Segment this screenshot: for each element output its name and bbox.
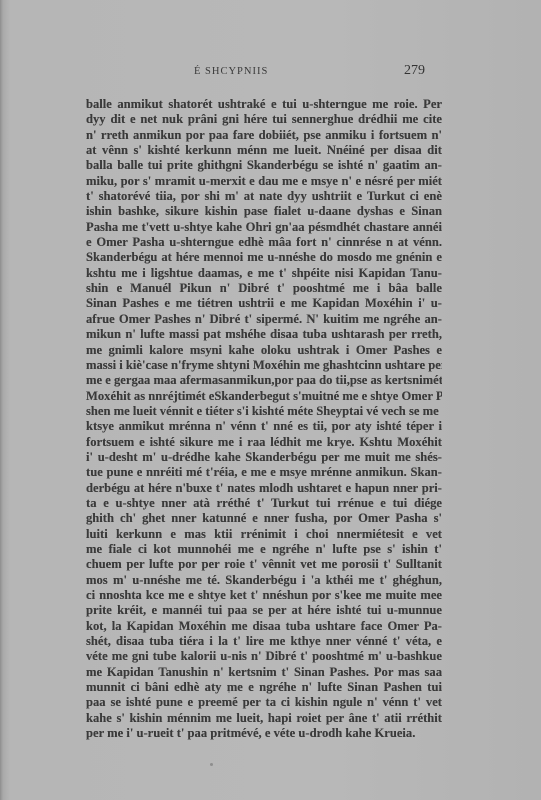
text-line: shin e Manuél Pikun n' Dibré t' pooshtmé… xyxy=(86,281,442,296)
text-line: Pasha me t'vett u-shtye kahe Ohri gn'aa … xyxy=(86,220,442,235)
text-line: kahe s' kishin ménnim me lueit, hapi roi… xyxy=(86,711,442,726)
text-line: ishin bashke, sikure kishin pase fialet … xyxy=(86,204,442,219)
text-line: mikun n' lufte massi pat mshéhe disaa tu… xyxy=(86,327,442,342)
text-line: t' shatorévé tiia, por shi m' at nate dy… xyxy=(86,189,442,204)
text-line: massi i kiè'case n'fryme shtyni Moxéhin … xyxy=(86,358,442,373)
text-line: me Kapidan Tanushin n' kertsnim t' Sinan… xyxy=(86,665,442,680)
text-line: n' rreth anmikun por paa fare dobiiét, p… xyxy=(86,128,442,143)
text-line: véte me gni tube kalorii u-nis n' Dibré … xyxy=(86,649,442,664)
text-line: Skanderbégu at hére mennoi me u-nnéshe d… xyxy=(86,250,442,265)
page-header: É SHCYPNIIS 279 xyxy=(0,66,541,84)
body-text: balle anmikut shatorét ushtraké e tui u-… xyxy=(86,97,442,741)
book-page: É SHCYPNIIS 279 balle anmikut shatorét u… xyxy=(0,0,541,800)
text-line: tue pune e nnréiti mé t'réia, e me e msy… xyxy=(86,465,442,480)
text-line: Sinan Pashes e me tiétren ushtrii e me K… xyxy=(86,296,442,311)
text-line: shét, disaa tuba tiéra i la t' lire me k… xyxy=(86,634,442,649)
paper-speck xyxy=(228,691,230,693)
text-line: paa se ishté pune e preemé per ta ci kis… xyxy=(86,695,442,710)
text-line: me fiale ci kot munnohéi me e ngréhe n' … xyxy=(86,542,442,557)
page-number: 279 xyxy=(404,63,425,79)
text-line: balle anmikut shatorét ushtraké e tui u-… xyxy=(86,97,442,112)
text-line: ci nnoshta kce me e shtye ket t' nnéshun… xyxy=(86,588,442,603)
text-line: shen me lueit vénnit e tiéter s'i kishté… xyxy=(86,404,442,419)
text-line: i' u-desht m' u-drédhe kahe Skanderbégu … xyxy=(86,450,442,465)
text-line: afrue Omer Pashes n' Dibré t' sipermé. N… xyxy=(86,312,442,327)
text-line: prite kréit, e mannéi tui paa se per at … xyxy=(86,603,442,618)
text-line: per me i' u-rueit t' paa pritmévé, e vét… xyxy=(86,726,442,741)
text-line: me e gergaa maa afermasanmikun,por paa d… xyxy=(86,373,442,388)
running-title: É SHCYPNIIS xyxy=(194,66,268,77)
text-line: ta e u-shtye nner atà rréthé t' Turkut t… xyxy=(86,496,442,511)
text-line: at vênn s' kishté kerkunn ménn me lueit.… xyxy=(86,143,442,158)
text-line: derbégu at hére n'buxe t' nates mlodh us… xyxy=(86,481,442,496)
text-line: dyy dit e net nuk prâni gni hére tui sen… xyxy=(86,112,442,127)
text-line: mos m' u-nnéshe me té. Skanderbégu i 'a … xyxy=(86,573,442,588)
text-line: luiti kerkunn e mas ktii rrénimit i choi… xyxy=(86,527,442,542)
text-line: ktsye anmikut mrénna n' vénn t' nné es t… xyxy=(86,419,442,434)
text-line: munnit ci bâni edhè aty me e ngréhe n' l… xyxy=(86,680,442,695)
text-line: miku, por s' mramit u-merxit e dau me e … xyxy=(86,174,442,189)
text-line: fortsuem e ishté sikure me i raa lédhit … xyxy=(86,435,442,450)
text-line: balla balle tui prite ghithgni Skanderbé… xyxy=(86,158,442,173)
text-line: kshtu me i ligshtue daamas, e me t' shpé… xyxy=(86,266,442,281)
text-line: e Omer Pasha u-shterngue edhè mâa fort n… xyxy=(86,235,442,250)
text-line: chuem per lufte por per roie t' vênnit v… xyxy=(86,557,442,572)
paper-speck xyxy=(210,763,213,766)
text-line: ghith ch' ghet nner katunné e nner fusha… xyxy=(86,511,442,526)
text-line: me gnimli kalore msyni kahe oloku ushtra… xyxy=(86,343,442,358)
paper-speck xyxy=(233,697,235,699)
text-line: kot, la Kapidan Moxéhin me disaa tuba us… xyxy=(86,619,442,634)
text-line: Moxéhit as nnréjtimét eSkanderbegut s'mu… xyxy=(86,389,442,404)
